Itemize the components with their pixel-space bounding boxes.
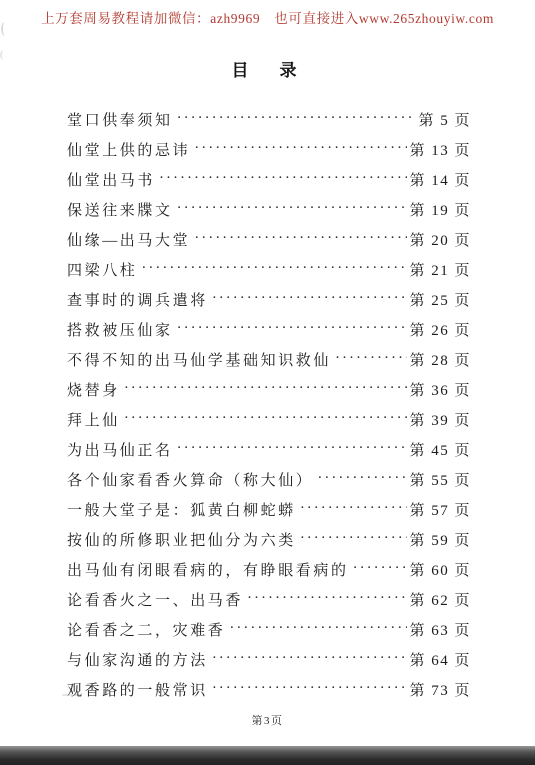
toc-row: 论看香之二，灾难香·······························… <box>67 614 471 644</box>
toc-row: 与仙家沟通的方法································… <box>67 644 471 674</box>
dot-leader: ········································… <box>177 320 408 337</box>
toc-item-title: 烧替身 <box>67 379 120 400</box>
dot-leader: ········································… <box>177 440 408 457</box>
toc-item-title: 论看香火之一、出马香 <box>67 589 243 610</box>
table-of-contents: 堂口供奉须知··································… <box>67 104 471 704</box>
dot-leader: ········································… <box>300 500 408 517</box>
toc-item-page: 第 28 页 <box>409 349 471 370</box>
toc-item-title: 一般大堂子是：狐黄白柳蛇蟒 <box>67 499 296 520</box>
toc-row: 堂口供奉须知··································… <box>67 104 471 134</box>
toc-item-title: 仙堂上供的忌讳 <box>67 139 190 160</box>
toc-row: 仙缘—出马大堂·································… <box>67 224 471 254</box>
toc-item-title: 四梁八柱 <box>67 259 137 280</box>
toc-row: 查事时的调兵遣将································… <box>67 284 471 314</box>
toc-item-title: 各个仙家看香火算命（称大仙） <box>67 469 313 490</box>
toc-item-title: 按仙的所修职业把仙分为六类 <box>67 529 296 550</box>
toc-item-page: 第 5 页 <box>418 109 471 130</box>
toc-item-title: 搭救被压仙家 <box>67 319 173 340</box>
toc-item-title: 为出马仙正名 <box>67 439 173 460</box>
toc-row: 四梁八柱····································… <box>67 254 471 284</box>
toc-item-page: 第 19 页 <box>409 199 471 220</box>
toc-item-title: 不得不知的出马仙学基础知识救仙 <box>67 349 331 370</box>
toc-item-title: 仙缘—出马大堂 <box>67 229 190 250</box>
promo-header-text: 上万套周易教程请加微信：azh9969 也可直接进入www.265zhouyiw… <box>0 7 535 27</box>
scanned-document-page: 上万套周易教程请加微信：azh9969 也可直接进入www.265zhouyiw… <box>0 0 535 765</box>
toc-item-page: 第 55 页 <box>409 469 471 490</box>
toc-item-title: 与仙家沟通的方法 <box>67 649 208 670</box>
bottom-bar <box>0 746 535 765</box>
toc-item-title: 观香路的一般常识 <box>67 679 208 700</box>
toc-item-title: 出马仙有闭眼看病的，有睁眼看病的 <box>67 559 349 580</box>
dot-leader: ········································… <box>212 290 408 307</box>
toc-item-title: 堂口供奉须知 <box>67 109 173 130</box>
dot-leader: ········································… <box>212 680 408 697</box>
toc-item-page: 第 62 页 <box>409 589 471 610</box>
toc-row: 为出马仙正名··································… <box>67 434 471 464</box>
toc-row: 拜上仙·····································… <box>67 404 471 434</box>
toc-row: 仙堂上供的忌讳·································… <box>67 134 471 164</box>
page-title: 目 录 <box>0 56 535 81</box>
toc-row: 不得不知的出马仙学基础知识救仙·························… <box>67 344 471 374</box>
toc-item-page: 第 14 页 <box>409 169 471 190</box>
toc-item-page: 第 39 页 <box>409 409 471 430</box>
toc-item-page: 第 25 页 <box>409 289 471 310</box>
dot-leader: ········································… <box>247 590 407 607</box>
dot-leader: ········································… <box>212 650 408 667</box>
toc-item-page: 第 36 页 <box>409 379 471 400</box>
toc-row: 论看香火之一、出马香······························… <box>67 584 471 614</box>
toc-item-title: 查事时的调兵遣将 <box>67 289 208 310</box>
dot-leader: ········································… <box>177 200 408 217</box>
toc-item-page: 第 13 页 <box>409 139 471 160</box>
dot-leader: ········································… <box>159 170 407 187</box>
dot-leader: ········································… <box>124 410 408 427</box>
toc-item-page: 第 73 页 <box>409 679 471 700</box>
toc-item-page: 第 45 页 <box>409 439 471 460</box>
toc-item-title: 拜上仙 <box>67 409 120 430</box>
toc-item-title: 保送往来牒文 <box>67 199 173 220</box>
toc-item-page: 第 59 页 <box>409 529 471 550</box>
toc-row: 仙堂出马书···································… <box>67 164 471 194</box>
dot-leader: ········································… <box>229 620 407 637</box>
dot-leader: ········································… <box>194 140 407 157</box>
page-number: 第3页 <box>0 712 535 728</box>
dot-leader: ········································… <box>335 350 407 367</box>
toc-item-page: 第 20 页 <box>409 229 471 250</box>
toc-row: 烧替身·····································… <box>67 374 471 404</box>
dot-leader: ········································… <box>194 230 407 247</box>
toc-item-page: 第 60 页 <box>409 559 471 580</box>
toc-item-page: 第 21 页 <box>409 259 471 280</box>
dot-leader: ········································… <box>177 110 417 127</box>
toc-item-page: 第 57 页 <box>409 499 471 520</box>
toc-item-title: 仙堂出马书 <box>67 169 155 190</box>
toc-row: 搭救被压仙家··································… <box>67 314 471 344</box>
toc-item-page: 第 26 页 <box>409 319 471 340</box>
dot-leader: ········································… <box>124 380 408 397</box>
toc-row: 出马仙有闭眼看病的，有睁眼看病的························… <box>67 554 471 584</box>
toc-item-title: 论看香之二，灾难香 <box>67 619 225 640</box>
dot-leader: ········································… <box>317 470 407 487</box>
toc-row: 观香路的一般常识································… <box>67 674 471 704</box>
toc-item-page: 第 64 页 <box>409 649 471 670</box>
toc-row: 按仙的所修职业把仙分为六类···························… <box>67 524 471 554</box>
dot-leader: ········································… <box>141 260 407 277</box>
toc-row: 一般大堂子是：狐黄白柳蛇蟒···························… <box>67 494 471 524</box>
toc-item-page: 第 63 页 <box>409 619 471 640</box>
toc-row: 各个仙家看香火算命（称大仙）··························… <box>67 464 471 494</box>
dot-leader: ········································… <box>300 530 408 547</box>
dot-leader: ········································… <box>353 560 408 577</box>
toc-row: 保送往来牒文··································… <box>67 194 471 224</box>
